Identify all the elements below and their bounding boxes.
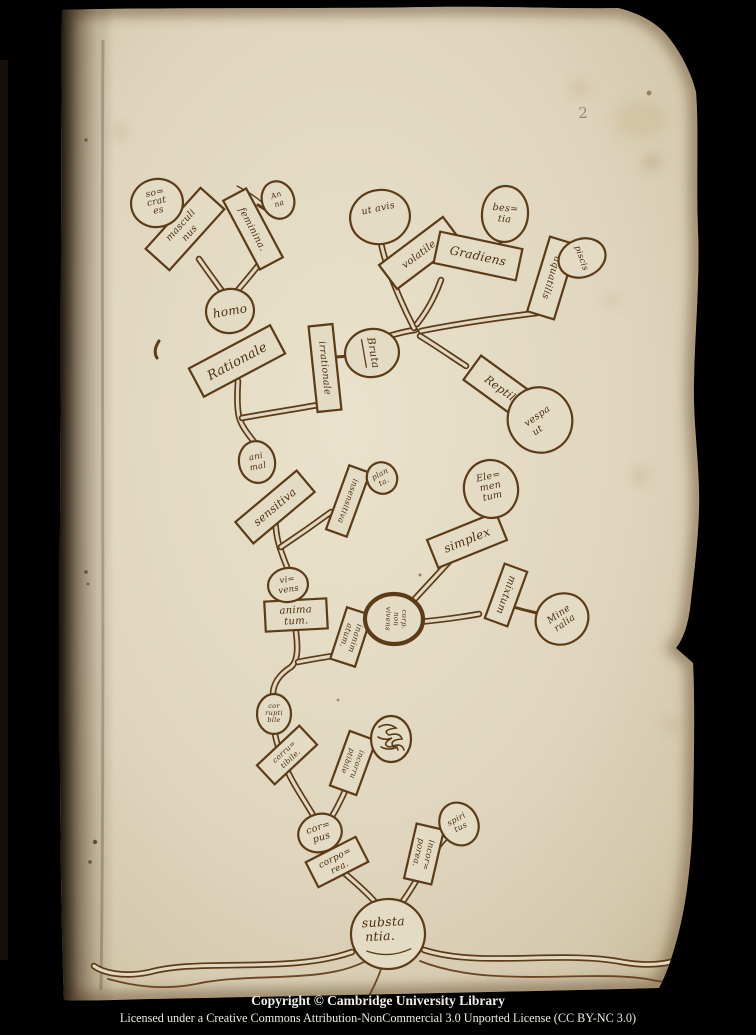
label: vivens — [384, 607, 393, 632]
manuscript-photo: 2 — [0, 0, 756, 1035]
gutter-shadow — [58, 6, 114, 1002]
node-caelum — [371, 716, 411, 762]
label: bile — [267, 716, 280, 724]
label: ntia. — [365, 928, 396, 945]
node-corpus-non-vivens: corp. non vivens — [364, 593, 424, 645]
manuscript-scene: 2 — [0, 0, 756, 1035]
label: tum. — [284, 615, 309, 627]
label: tia — [497, 213, 511, 225]
manuscript-page: 2 — [58, 6, 699, 1002]
fold-crease — [101, 40, 103, 990]
node-corruptibile-body: cor rupti bile — [257, 694, 291, 734]
copyright-line: Copyright © Cambridge University Library — [251, 993, 505, 1008]
binding-sliver — [0, 60, 8, 960]
license-line: Licensed under a Creative Commons Attrib… — [120, 1011, 636, 1025]
box-animatum: anima tum. — [264, 598, 327, 631]
page-number: 2 — [578, 104, 588, 122]
paper-sheet — [60, 7, 699, 1001]
